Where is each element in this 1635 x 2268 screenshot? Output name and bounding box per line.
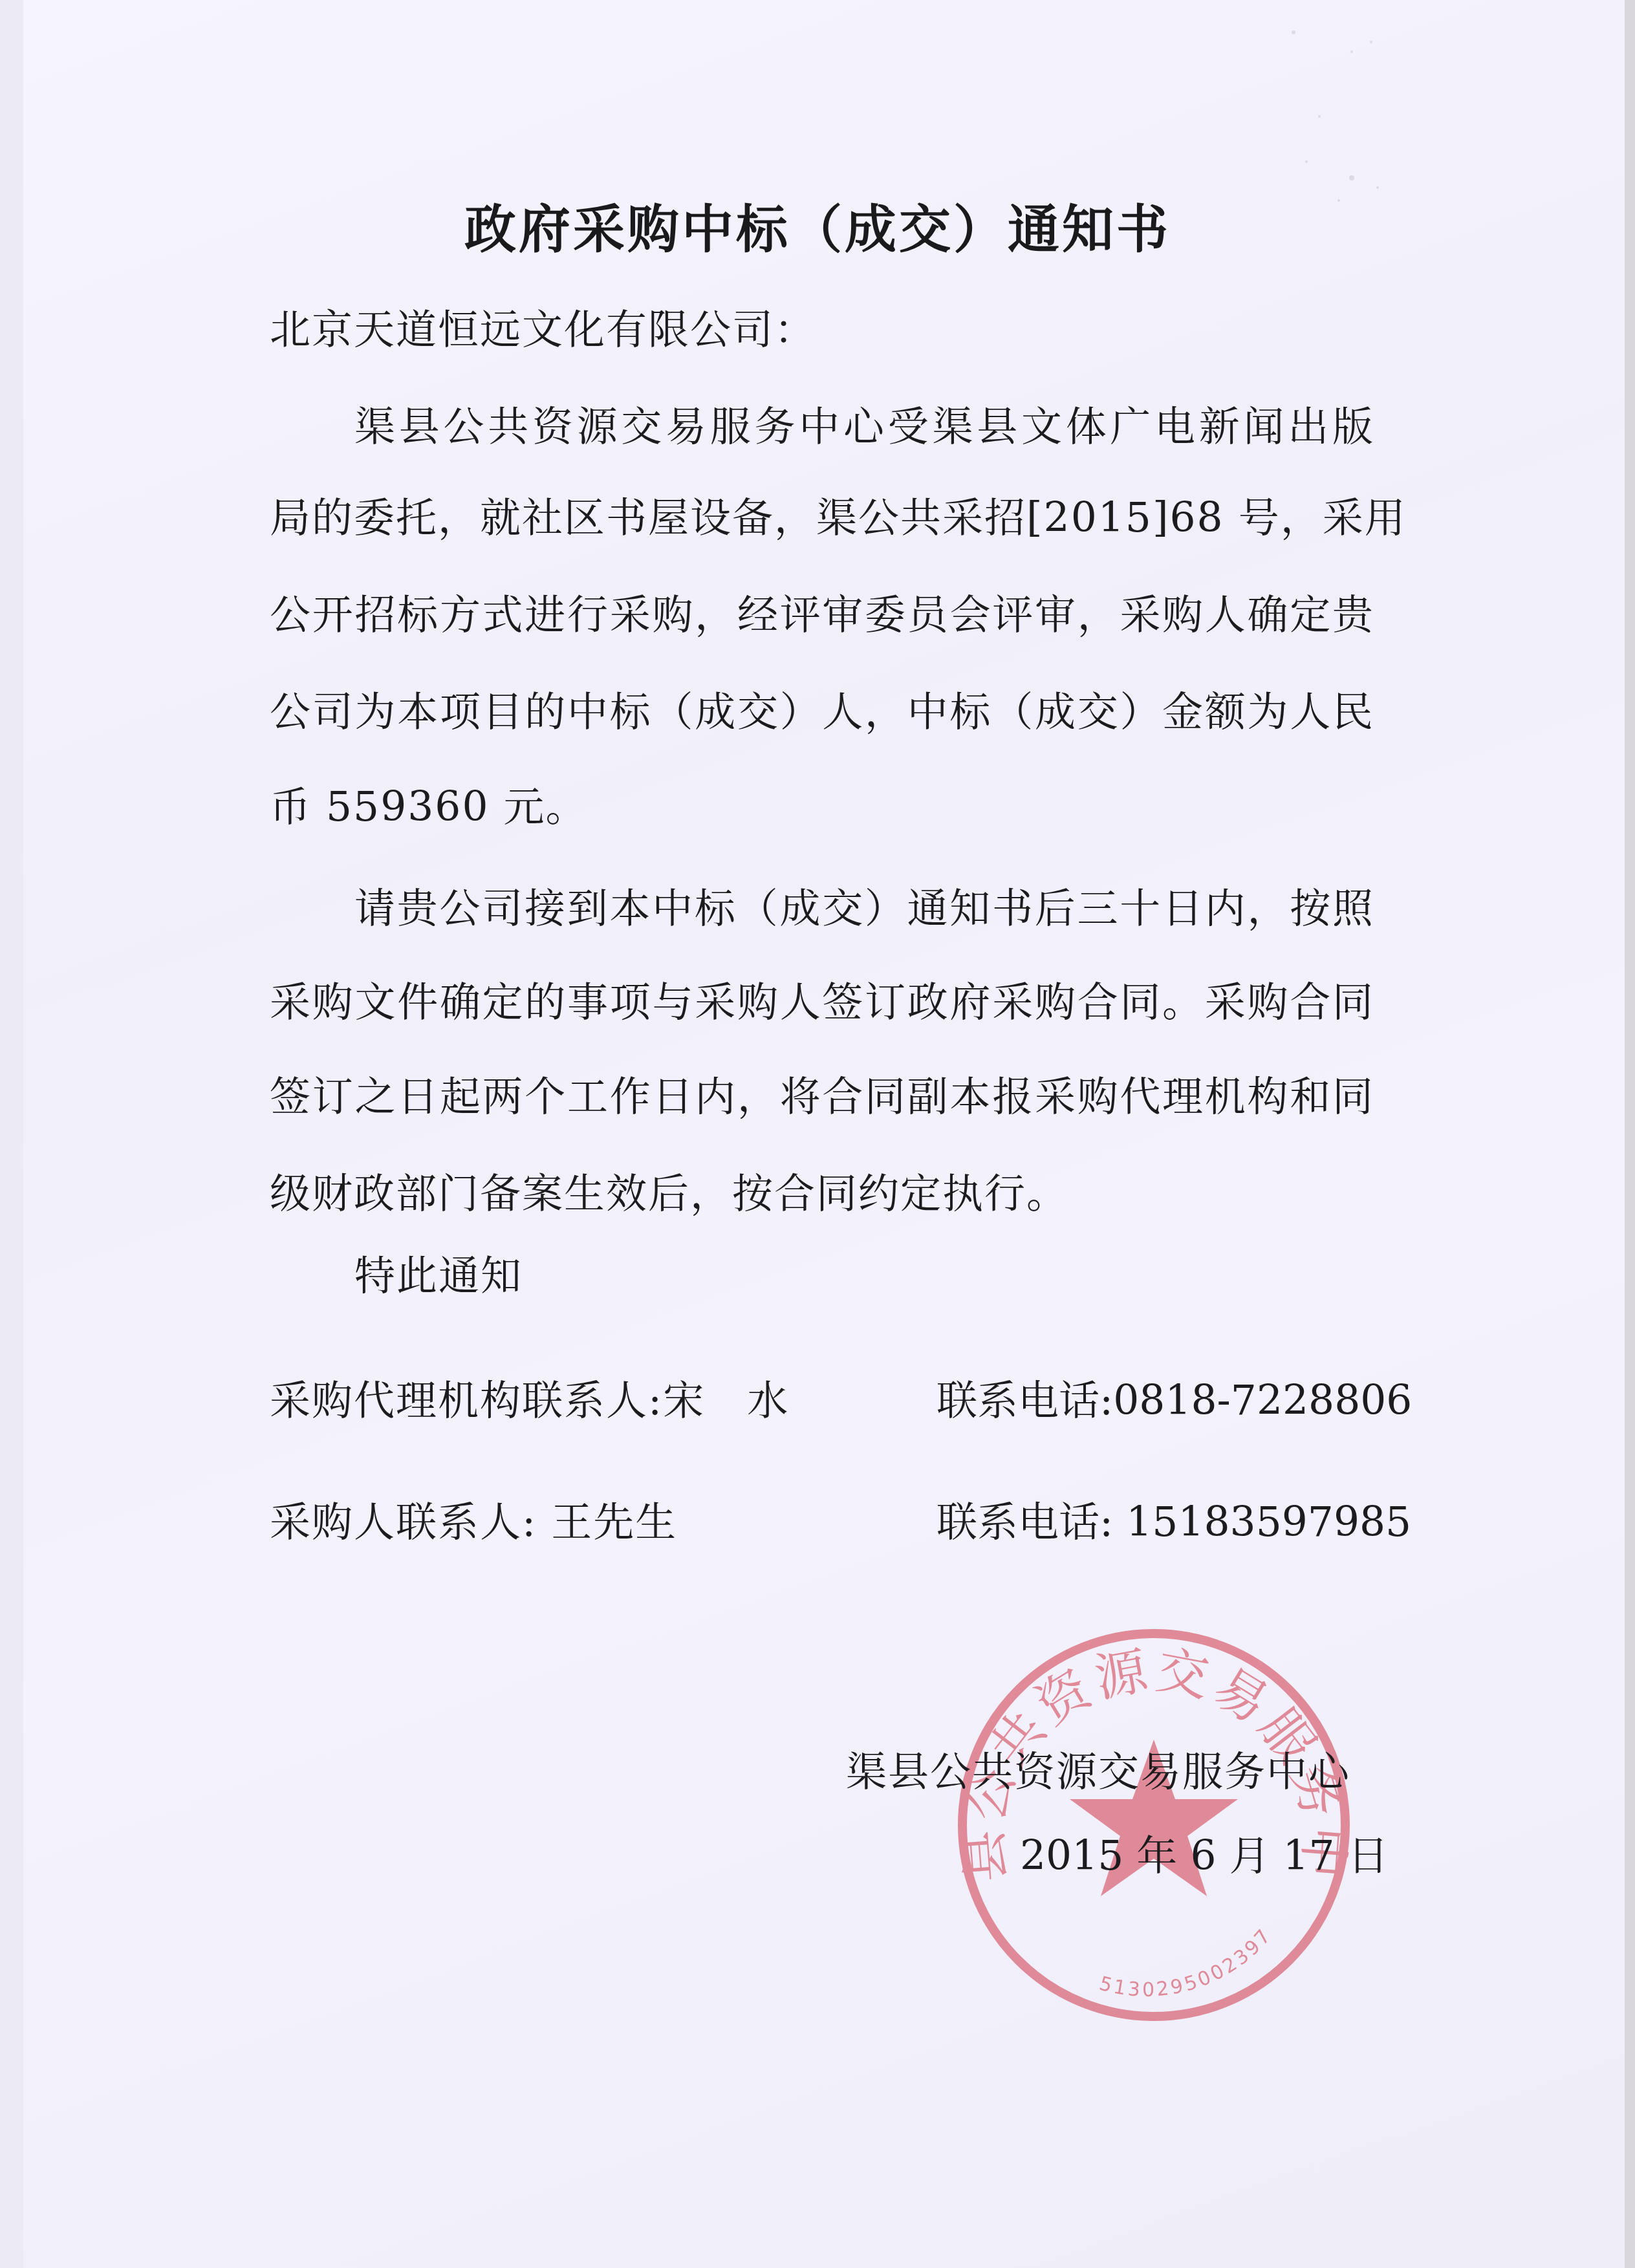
paragraph-line: 级财政部门备案生效后，按合同约定执行。 bbox=[270, 1168, 1382, 1220]
paragraph-line: 渠县公共资源交易服务中心受渠县文体广电新闻出版 bbox=[354, 401, 1374, 453]
agency-contact-person: 采购代理机构联系人:宋 水 bbox=[270, 1375, 852, 1427]
paragraph-line: 请贵公司接到本中标（成交）通知书后三十日内，按照 bbox=[354, 883, 1374, 934]
agency-contact-phone: 联系电话:0818-7228806 bbox=[937, 1375, 1376, 1427]
paragraph-line: 签订之日起两个工作日内，将合同副本报采购代理机构和同 bbox=[270, 1071, 1374, 1123]
scan-edge-right bbox=[1625, 0, 1635, 2268]
issue-date: 2015 年 6 月 17 日 bbox=[1020, 1830, 1356, 1882]
recipient-line: 北京天道恒远文化有限公司： bbox=[270, 304, 1382, 356]
document-title: 政府采购中标（成交）通知书 bbox=[0, 188, 1635, 262]
issuer-name: 渠县公共资源交易服务中心 bbox=[846, 1746, 1357, 1798]
scan-edge-left bbox=[0, 0, 24, 2268]
paragraph-line: 局的委托，就社区书屋设备，渠公共采招[2015]68 号，采用 bbox=[270, 492, 1374, 544]
purchaser-contact-phone: 联系电话: 15183597985 bbox=[937, 1496, 1376, 1548]
paragraph-line: 公开招标方式进行采购，经评审委员会评审，采购人确定贵 bbox=[270, 589, 1374, 641]
paragraph-line: 采购文件确定的事项与采购人签订政府采购合同。采购合同 bbox=[270, 977, 1374, 1028]
paragraph-line: 币 559360 元。 bbox=[270, 781, 1382, 833]
closing-text: 特此通知 bbox=[354, 1250, 1467, 1302]
purchaser-contact-person: 采购人联系人: 王先生 bbox=[270, 1496, 852, 1548]
paragraph-line: 公司为本项目的中标（成交）人，中标（成交）金额为人民 bbox=[270, 686, 1374, 738]
